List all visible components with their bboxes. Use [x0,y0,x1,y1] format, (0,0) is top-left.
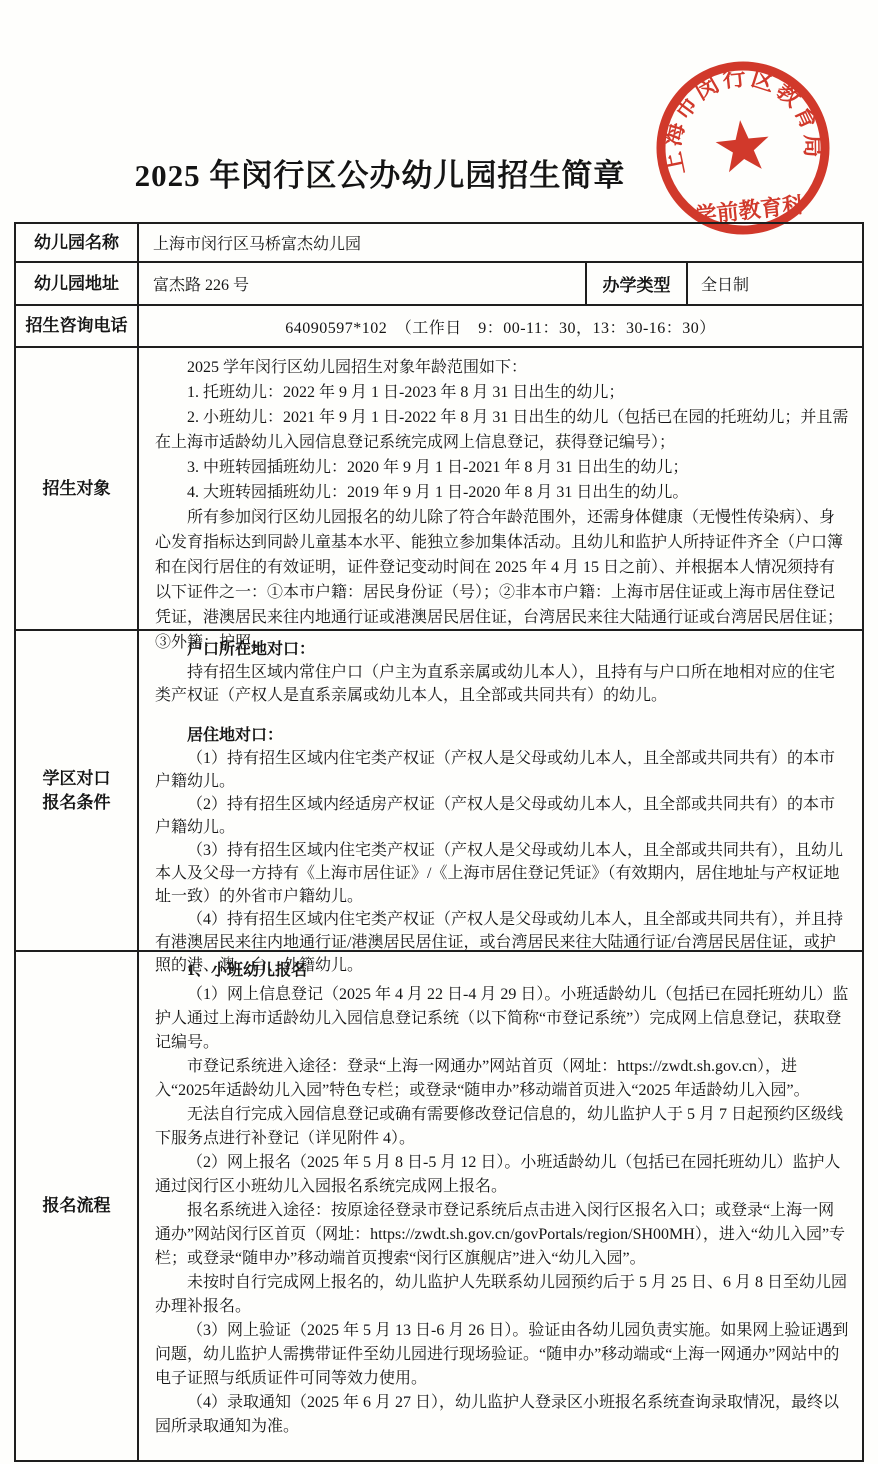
table-row-application-process: 报名流程 1、小班幼儿报名 （1）网上信息登记（2025 年 4 月 22 日-… [16,952,862,1460]
row-label: 幼儿园名称 [16,224,139,261]
row-label: 学区对口 报名条件 [16,631,139,950]
blank-line [155,707,850,724]
paragraph: （1）持有招生区域内住宅类产权证（产权人是父母或幼儿本人，且全部或共同共有）的本… [155,747,850,793]
school-type-label: 办学类型 [585,263,686,304]
paragraph: （3）网上验证（2025 年 5 月 13 日-6 月 26 日）。验证由各幼儿… [155,1319,850,1391]
enrollment-info-table: 幼儿园名称 上海市闵行区马桥富杰幼儿园 幼儿园地址 富杰路 226 号 办学类型… [14,222,864,1462]
table-row-phone: 招生咨询电话 64090597*102 （工作日 9：00-11：30，13：3… [16,306,862,348]
paragraph: 持有招生区域内常住户口（户主为直系亲属或幼儿本人），且持有与户口所在地相对应的住… [155,661,850,707]
paragraph: （4）录取通知（2025 年 6 月 27 日），幼儿监护人登录区小班报名系统查… [155,1391,850,1439]
table-row-address: 幼儿园地址 富杰路 226 号 办学类型 全日制 [16,263,862,306]
paragraph: 市登记系统进入途径：登录“上海一网通办”网站首页（网址：https://zwdt… [155,1055,850,1103]
paragraph: （2）持有招生区域内经适房产权证（产权人是父母或幼儿本人，且全部或共同共有）的本… [155,793,850,839]
district-conditions-text: 户口所在地对口： 持有招生区域内常住户口（户主为直系亲属或幼儿本人），且持有与户… [139,631,862,950]
application-process-text: 1、小班幼儿报名 （1）网上信息登记（2025 年 4 月 22 日-4 月 2… [139,952,862,1460]
document-page: 2025 年闵行区公办幼儿园招生简章 上海市闵行区教育局 学前教育科 幼儿园名称… [0,0,878,1464]
kindergarten-name-value: 上海市闵行区马桥富杰幼儿园 [139,224,862,261]
paragraph: 2025 学年闵行区幼儿园招生对象年龄范围如下： [155,355,850,380]
paragraph: 1. 托班幼儿：2022 年 9 月 1 日-2023 年 8 月 31 日出生… [155,380,850,405]
paragraph: 3. 中班转园插班幼儿：2020 年 9 月 1 日-2021 年 8 月 31… [155,455,850,480]
row-label: 招生对象 [16,348,139,629]
red-star-icon [714,117,772,173]
row-label: 招生咨询电话 [16,306,139,346]
enrollment-target-text: 2025 学年闵行区幼儿园招生对象年龄范围如下： 1. 托班幼儿：2022 年 … [139,348,862,629]
school-type-value: 全日制 [686,263,862,304]
table-row-enrollment-target: 招生对象 2025 学年闵行区幼儿园招生对象年龄范围如下： 1. 托班幼儿：20… [16,348,862,631]
table-row-district-conditions: 学区对口 报名条件 户口所在地对口： 持有招生区域内常住户口（户主为直系亲属或幼… [16,631,862,952]
row-label: 报名流程 [16,952,139,1460]
address-value: 富杰路 226 号 [139,263,585,304]
table-row-kindergarten-name: 幼儿园名称 上海市闵行区马桥富杰幼儿园 [16,224,862,263]
paragraph: （1）网上信息登记（2025 年 4 月 22 日-4 月 29 日）。小班适龄… [155,983,850,1055]
paragraph: （3）持有招生区域内住宅类产权证（产权人是父母或幼儿本人，且全部或共同共有），且… [155,839,850,908]
phone-value: 64090597*102 （工作日 9：00-11：30，13：30-16：30… [139,306,862,346]
paragraph-heading: 居住地对口： [155,724,850,747]
paragraph-heading: 户口所在地对口： [155,638,850,661]
paragraph-heading: 1、小班幼儿报名 [155,959,850,983]
paragraph: 未按时自行完成网上报名的，幼儿监护人先联系幼儿园预约后于 5 月 25 日、6 … [155,1271,850,1319]
paragraph: 无法自行完成入园信息登记或确有需要修改登记信息的，幼儿监护人于 5 月 7 日起… [155,1103,850,1151]
paragraph: 2. 小班幼儿：2021 年 9 月 1 日-2022 年 8 月 31 日出生… [155,405,850,455]
paragraph: 4. 大班转园插班幼儿：2019 年 9 月 1 日-2020 年 8 月 31… [155,480,850,505]
paragraph: （2）网上报名（2025 年 5 月 8 日-5 月 12 日）。小班适龄幼儿（… [155,1151,850,1199]
row-label: 幼儿园地址 [16,263,139,304]
paragraph: 报名系统进入途径：按原途径登录市登记系统后点击进入闵行区报名入口；或登录“上海一… [155,1199,850,1271]
